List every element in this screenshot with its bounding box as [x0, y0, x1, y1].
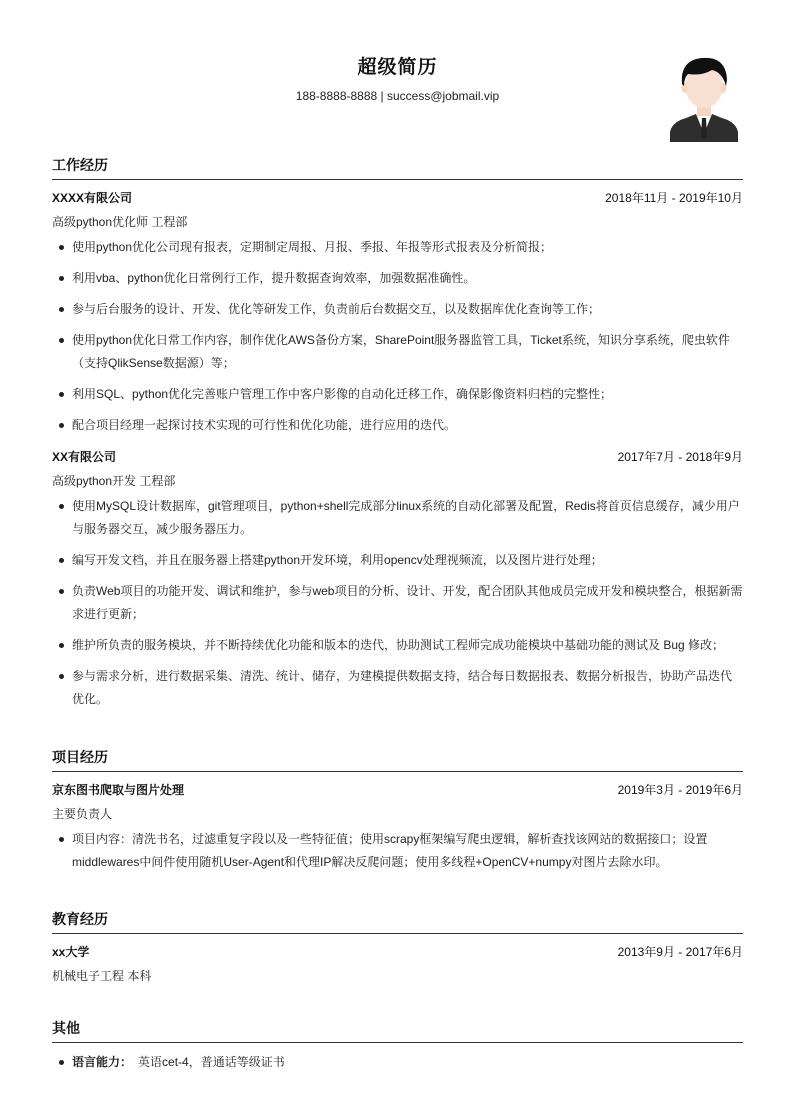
bullet-list: 使用python优化公司现有报表，定期制定周报、月报、季报、年报等形式报表及分析…	[52, 236, 743, 437]
entry-date: 2018年11月 - 2019年10月	[605, 186, 743, 210]
resume-page: 超级简历 188-8888-8888 | success@jobmail.vip…	[52, 0, 743, 150]
bullet-item: 配合项目经理一起探讨技术实现的可行性和优化功能，进行应用的迭代。	[52, 414, 743, 437]
bullet-item: 维护所负责的服务模块，并不断持续优化功能和版本的迭代，协助测试工程师完成功能模块…	[52, 634, 743, 657]
project-name: 京东图书爬取与图片处理	[52, 778, 184, 802]
bullet-item: 参与需求分析，进行数据采集、清洗、统计、储存，为建模提供数据支持，结合每日数据报…	[52, 665, 743, 711]
bullet-item: 项目内容：清洗书名，过滤重复字段以及一些特征值；使用scrapy框架编写爬虫逻辑…	[52, 828, 743, 874]
candidate-name: 超级简历	[52, 52, 743, 79]
bullet-item: 负责Web项目的功能开发、调试和维护，参与web项目的分析、设计、开发，配合团队…	[52, 580, 743, 626]
project-role: 主要负责人	[52, 802, 743, 826]
degree: 机械电子工程 本科	[52, 964, 743, 988]
bullet-list: 使用MySQL设计数据库，git管理项目，python+shell完成部分lin…	[52, 495, 743, 711]
entry-header: xx大学 2013年9月 - 2017年6月	[52, 940, 743, 964]
bullet-label: 语言能力：	[72, 1055, 132, 1069]
avatar-icon	[668, 54, 740, 142]
entry-date: 2019年3月 - 2019年6月	[618, 778, 743, 802]
resume-header: 超级简历 188-8888-8888 | success@jobmail.vip	[52, 0, 743, 150]
entry-header: XX有限公司 2017年7月 - 2018年9月	[52, 445, 743, 469]
section-title: 项目经历	[52, 742, 743, 772]
bullet-item: 利用vba、python优化日常例行工作，提升数据查询效率，加强数据准确性。	[52, 267, 743, 290]
job-title: 高级python优化师 工程部	[52, 210, 743, 234]
section-other: 其他 语言能力：英语cet-4，普通话等级证书	[52, 1013, 743, 1082]
bullet-list: 项目内容：清洗书名，过滤重复字段以及一些特征值；使用scrapy框架编写爬虫逻辑…	[52, 828, 743, 874]
company-name: XX有限公司	[52, 445, 116, 469]
contact-info: 188-8888-8888 | success@jobmail.vip	[52, 89, 743, 103]
entry-date: 2017年7月 - 2018年9月	[618, 445, 743, 469]
bullet-item: 使用python优化日常工作内容，制作优化AWS备份方案，SharePoint服…	[52, 329, 743, 375]
entry-header: 京东图书爬取与图片处理 2019年3月 - 2019年6月	[52, 778, 743, 802]
section-title: 教育经历	[52, 904, 743, 934]
company-name: XXXX有限公司	[52, 186, 132, 210]
section-title: 其他	[52, 1013, 743, 1043]
section-projects: 项目经历 京东图书爬取与图片处理 2019年3月 - 2019年6月 主要负责人…	[52, 742, 743, 882]
bullet-text: 英语cet-4，普通话等级证书	[138, 1055, 285, 1069]
job-title: 高级python开发 工程部	[52, 469, 743, 493]
entry-date: 2013年9月 - 2017年6月	[618, 940, 743, 964]
bullet-item: 参与后台服务的设计、开发、优化等研发工作，负责前后台数据交互，以及数据库优化查询…	[52, 298, 743, 321]
bullet-item: 语言能力：英语cet-4，普通话等级证书	[52, 1051, 743, 1074]
school-name: xx大学	[52, 940, 89, 964]
section-work-experience: 工作经历 XXXX有限公司 2018年11月 - 2019年10月 高级pyth…	[52, 150, 743, 719]
section-education: 教育经历 xx大学 2013年9月 - 2017年6月 机械电子工程 本科	[52, 904, 743, 988]
bullet-list: 语言能力：英语cet-4，普通话等级证书	[52, 1051, 743, 1074]
bullet-item: 编写开发文档，并且在服务器上搭建python开发环境，利用opencv处理视频流…	[52, 549, 743, 572]
bullet-item: 利用SQL、python优化完善账户管理工作中客户影像的自动化迁移工作，确保影像…	[52, 383, 743, 406]
bullet-item: 使用MySQL设计数据库，git管理项目，python+shell完成部分lin…	[52, 495, 743, 541]
entry-header: XXXX有限公司 2018年11月 - 2019年10月	[52, 186, 743, 210]
bullet-item: 使用python优化公司现有报表，定期制定周报、月报、季报、年报等形式报表及分析…	[52, 236, 743, 259]
section-title: 工作经历	[52, 150, 743, 180]
